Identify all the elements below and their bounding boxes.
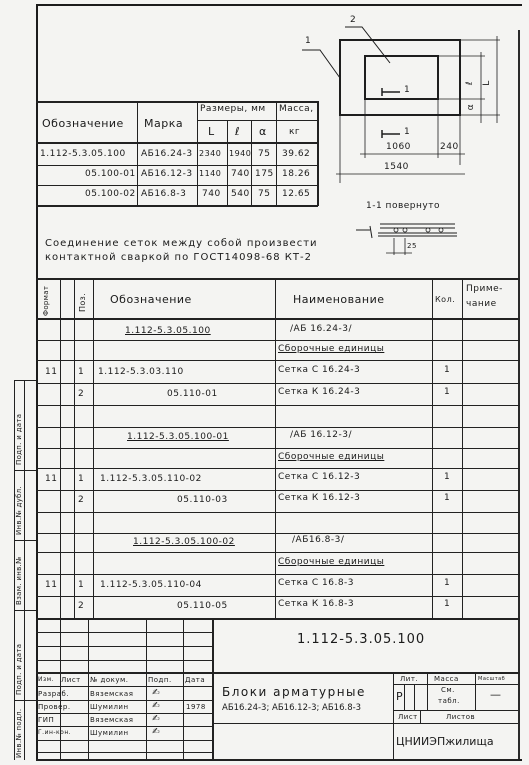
drawing-title: Блоки арматурные (222, 685, 366, 699)
group-title: 1.112-5.3.05.100 (125, 326, 211, 336)
podp-data-label-1: Подп. и дата (15, 644, 23, 695)
dim-25: 25 (407, 242, 417, 250)
note-line-2: контактной сваркой по ГОСТ14098-68 КТ-2 (45, 252, 312, 263)
mass-value-2: табл. (438, 697, 460, 705)
header-format: Формат (42, 286, 50, 316)
group-section: Сборочные единицы (278, 344, 384, 354)
group-title: 1.112-5.3.05.100-02 (133, 537, 235, 547)
lit-value: Р (396, 690, 403, 703)
dim-a: α (466, 104, 476, 110)
dim-L: L (482, 80, 492, 86)
plan-sketch (0, 0, 529, 270)
podp-data-label-2: Подп. и дата (15, 414, 23, 465)
leader-label-1: 1 (305, 36, 311, 46)
sheets-label: Листов (446, 713, 475, 721)
dim-l: ℓ (465, 81, 475, 85)
section-title: 1-1 повернуто (366, 201, 440, 211)
section-mark-top: 1 (404, 85, 410, 95)
header-pos: Поз. (78, 293, 87, 312)
group-title: 1.112-5.3.05.100-01 (127, 432, 229, 442)
header-note-1: Приме- (466, 284, 503, 294)
group-section: Сборочные единицы (278, 557, 384, 567)
header-note-2: чание (466, 299, 497, 309)
sheet-label: Лист (398, 713, 418, 721)
dim-total-width: 1540 (384, 162, 409, 172)
mass-label: Масса (434, 675, 459, 683)
group-mark: /АБ16.8-3/ (292, 535, 344, 545)
scale-label: Масштаб (478, 676, 505, 682)
leader-label-2: 2 (350, 15, 356, 25)
scale-value: — (490, 688, 502, 701)
organization-name: ЦНИИЭПжилища (396, 735, 494, 748)
section-mark-bottom: 1 (404, 127, 410, 137)
document-code: 1.112-5.3.05.100 (297, 632, 425, 647)
group-mark: /АБ 16.24-3/ (290, 324, 352, 334)
inv-dubl-label: Инв.№ дубл. (15, 486, 23, 535)
lit-label: Лит. (400, 675, 418, 683)
group-section: Сборочные единицы (278, 452, 384, 462)
dim-margin: 240 (440, 142, 459, 152)
mass-value-1: См. (441, 686, 455, 694)
header-qty: Кол. (435, 295, 455, 304)
group-mark: /АБ 16.12-3/ (290, 430, 352, 440)
header-name: Наименование (293, 293, 384, 306)
header-designation: Обозначение (110, 293, 192, 306)
vzam-inv-label: Взам. инв.№ (15, 556, 23, 605)
dim-inner-width: 1060 (386, 142, 411, 152)
drawing-subtitle: АБ16.24-3; АБ16.12-3; АБ16.8-3 (222, 703, 361, 713)
note-line-1: Соединение сеток между собой произвести (45, 238, 318, 249)
inv-podl-label: Инв.№ подл. (15, 709, 23, 758)
